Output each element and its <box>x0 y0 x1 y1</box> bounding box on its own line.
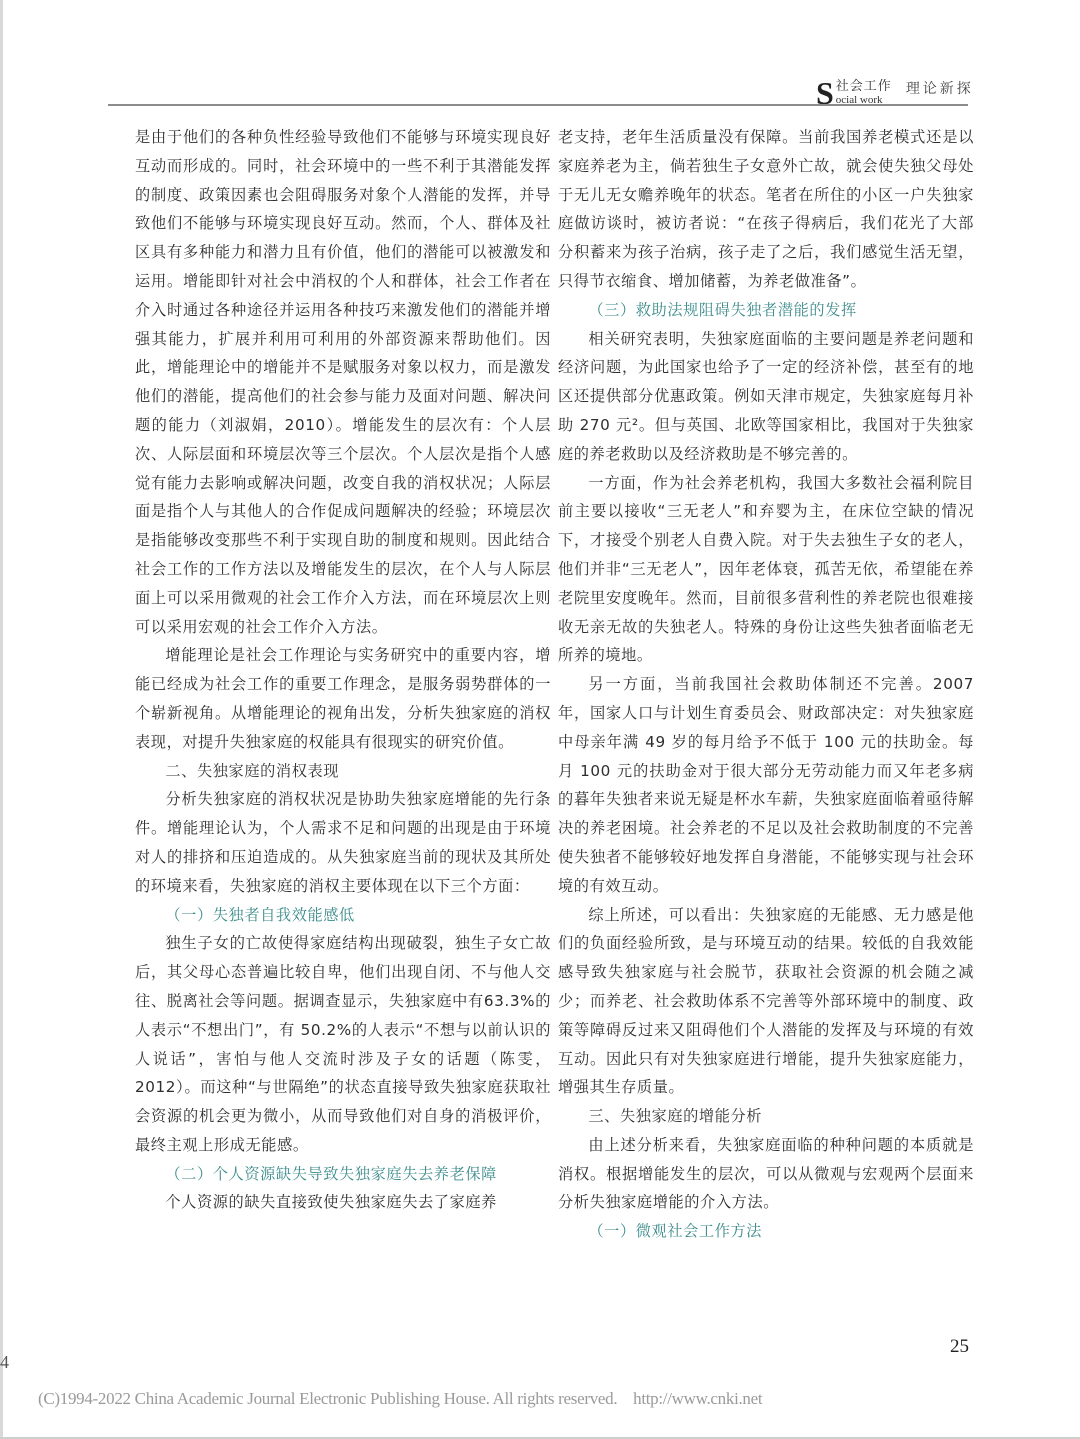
paragraph: 另一方面，当前我国社会救助体制还不完善。2007年，国家人口与计划生育委员会、财… <box>558 670 974 900</box>
paragraph: 个人资源的缺失直接致使失独家庭失去了家庭养 <box>135 1188 551 1217</box>
header-divider <box>108 104 968 106</box>
page-left-edge <box>0 0 3 1439</box>
subsection-heading: （一）失独者自我效能感低 <box>135 901 551 930</box>
paragraph-continuation: 老支持，老年生活质量没有保障。当前我国养老模式还是以家庭养老为主，倘若独生子女意… <box>558 123 974 296</box>
subsection-heading: （一）微观社会工作方法 <box>558 1217 974 1246</box>
section-tag: 理论新探 <box>906 78 974 98</box>
section-heading: 二、失独家庭的消权表现 <box>135 757 551 786</box>
paragraph: 相关研究表明，失独家庭面临的主要问题是养老问题和经济问题，为此国家也给予了一定的… <box>558 325 974 469</box>
journal-logo-letter: S <box>816 80 834 106</box>
page-number: 25 <box>950 1336 969 1358</box>
footer-url: http://www.cnki.net <box>633 1389 762 1408</box>
copyright-footer: (C)1994-2022 China Academic Journal Elec… <box>38 1389 762 1409</box>
paragraph: 增能理论是社会工作理论与实务研究中的重要内容，增能已经成为社会工作的重要工作理念… <box>135 641 551 756</box>
subsection-heading: （三）救助法规阻碍失独者潜能的发挥 <box>558 296 974 325</box>
right-column: 老支持，老年生活质量没有保障。当前我国养老模式还是以家庭养老为主，倘若独生子女意… <box>558 123 974 1246</box>
copyright-text: (C)1994-2022 China Academic Journal Elec… <box>38 1389 617 1408</box>
paragraph: 由上述分析来看，失独家庭面临的种种问题的本质就是消权。根据增能发生的层次，可以从… <box>558 1131 974 1217</box>
paragraph: 一方面，作为社会养老机构，我国大多数社会福利院目前主要以接收“三无老人”和弃婴为… <box>558 469 974 671</box>
previous-page-edge-mark: 4 <box>0 1352 9 1373</box>
paragraph: 综上所述，可以看出：失独家庭的无能感、无力感是他们的负面经验所致，是与环境互动的… <box>558 901 974 1103</box>
journal-logo: 社会工作 ocial work <box>836 80 892 106</box>
left-column: 是由于他们的各种负性经验导致他们不能够与环境实现良好互动而形成的。同时，社会环境… <box>135 123 551 1217</box>
paragraph: 分析失独家庭的消权状况是协助失独家庭增能的先行条件。增能理论认为，个人需求不足和… <box>135 785 551 900</box>
journal-logo-cn: 社会工作 <box>836 80 892 94</box>
subsection-heading: （二）个人资源缺失导致失独家庭失去养老保障 <box>135 1160 551 1189</box>
paragraph: 独生子女的亡故使得家庭结构出现破裂，独生子女亡故后，其父母心态普遍比较自卑，他们… <box>135 929 551 1159</box>
section-heading: 三、失独家庭的增能分析 <box>558 1102 974 1131</box>
paragraph-continuation: 是由于他们的各种负性经验导致他们不能够与环境实现良好互动而形成的。同时，社会环境… <box>135 123 551 641</box>
journal-header: S 社会工作 ocial work 理论新探 <box>816 74 974 106</box>
